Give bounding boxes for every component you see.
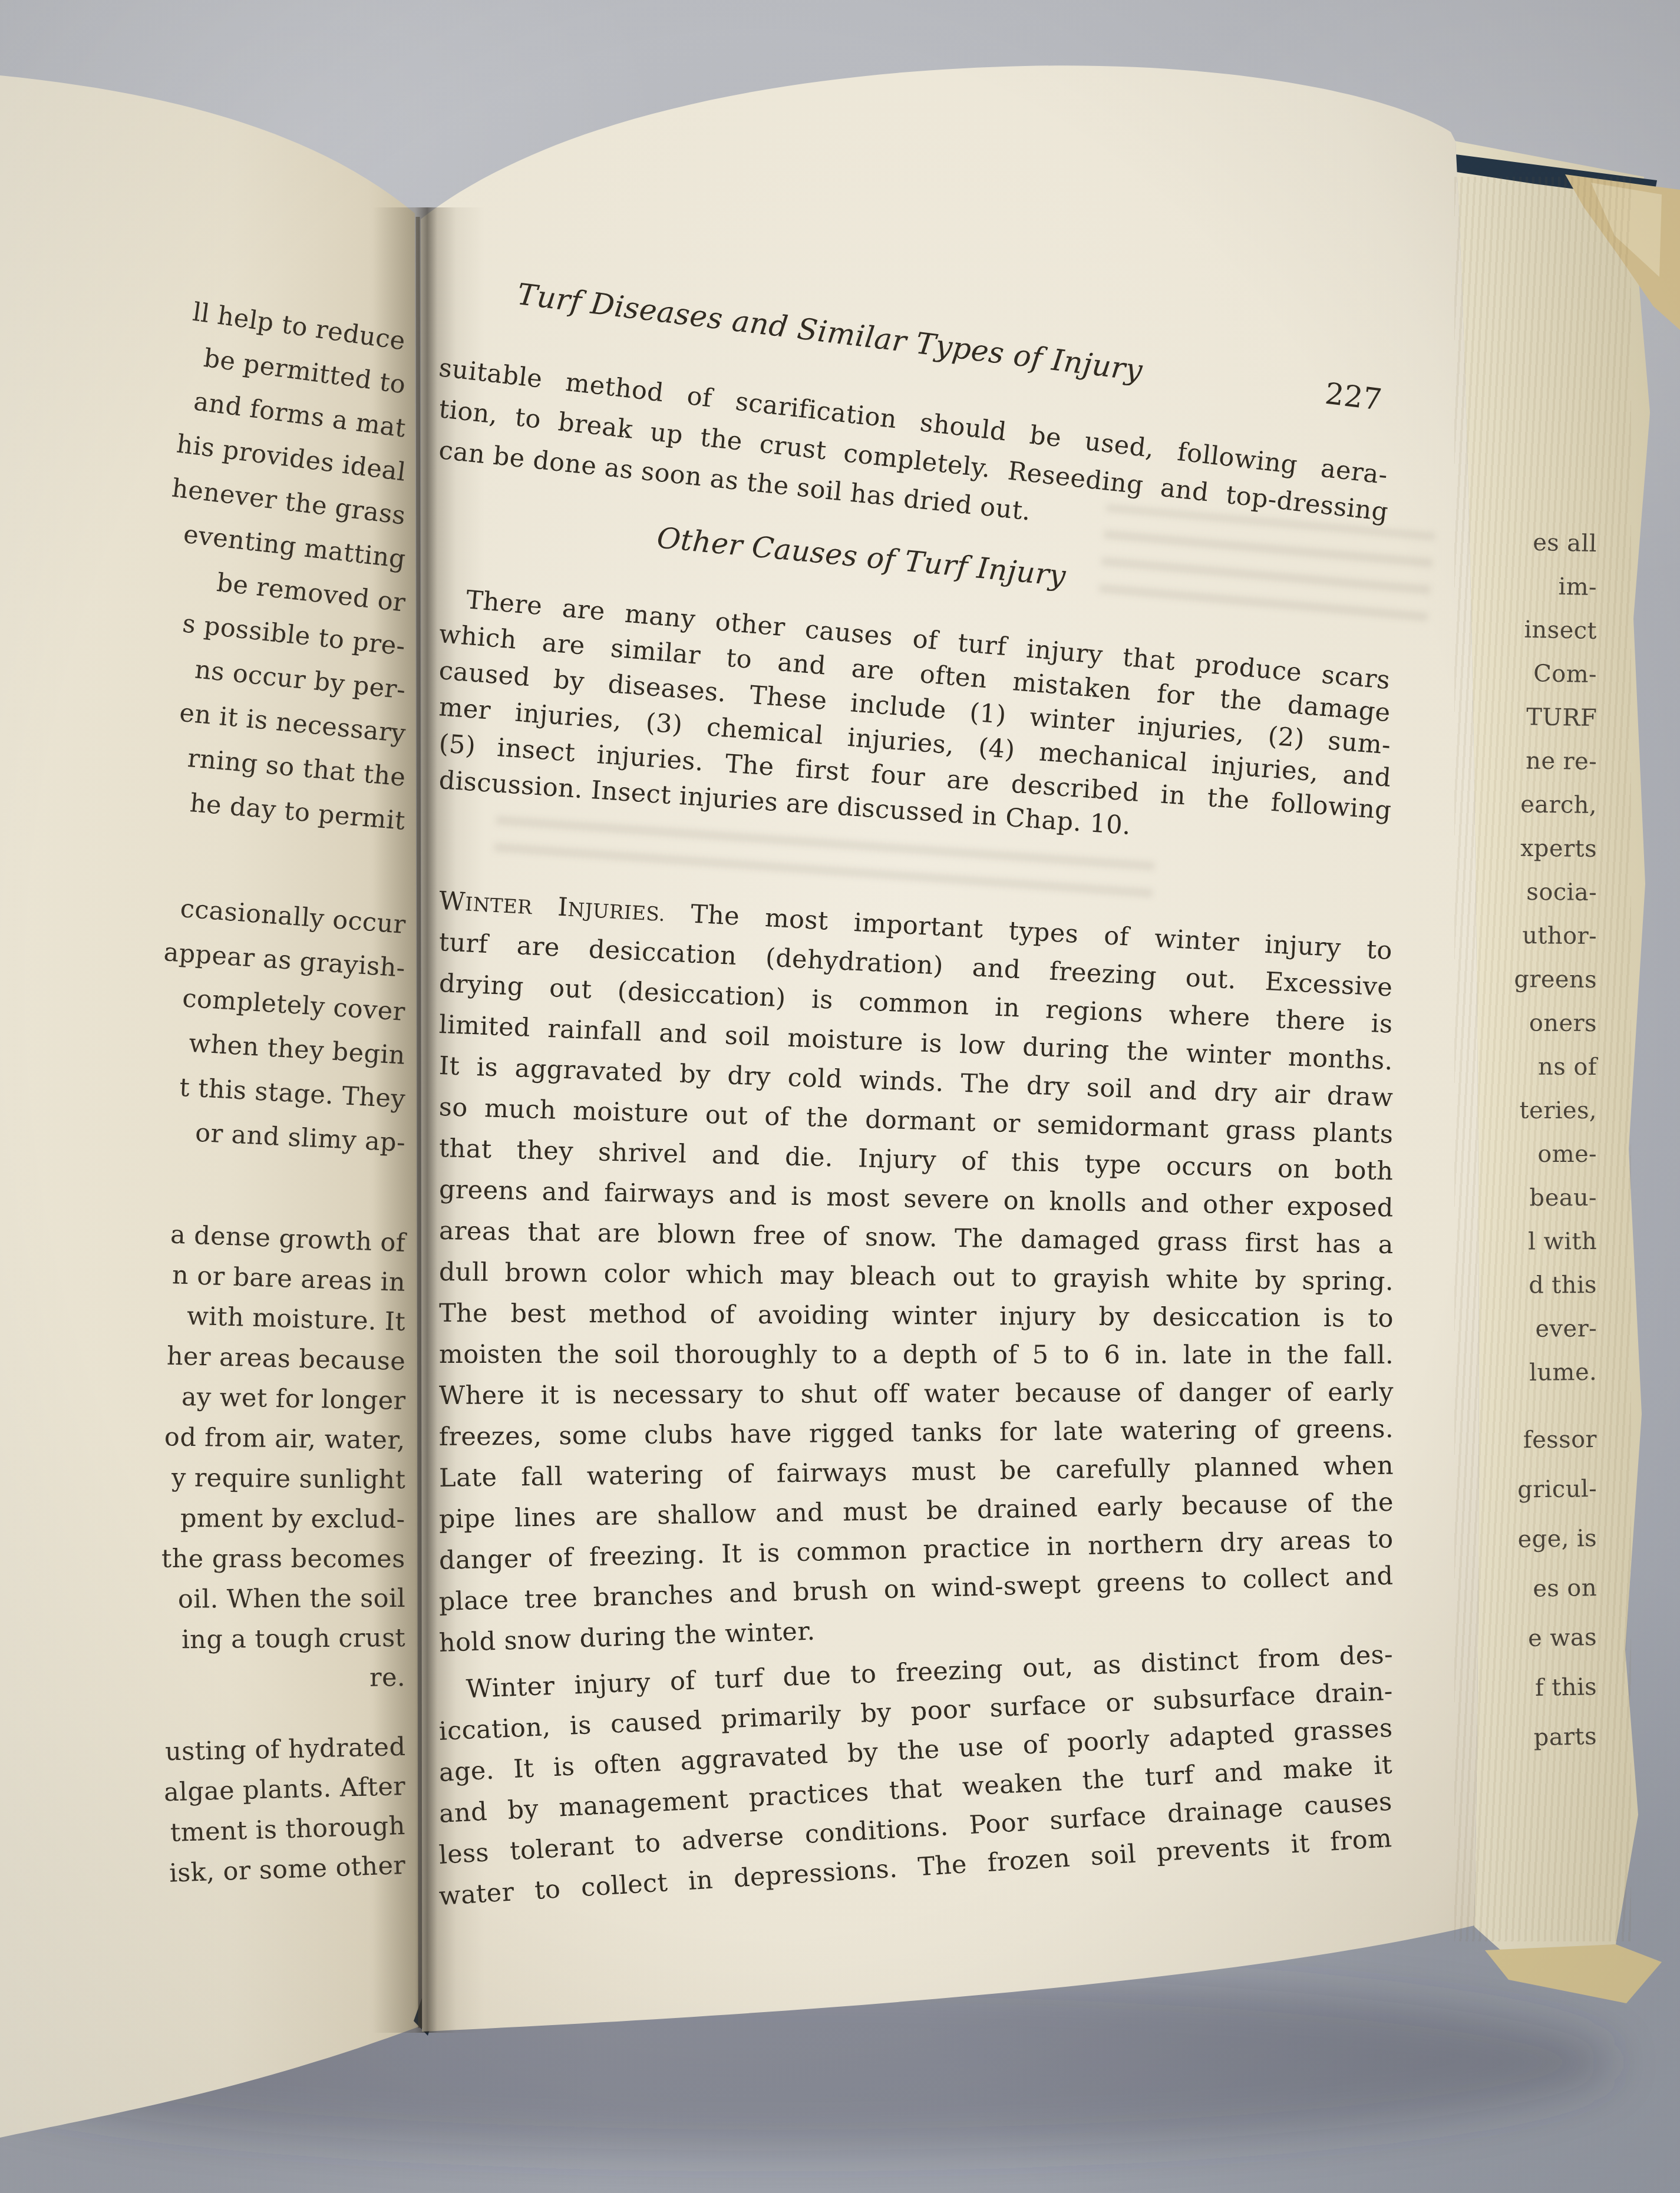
text-line: s possible to pre- [181,609,407,661]
text-line: eventing matting [181,520,407,574]
text-line: parts [1455,1723,1598,1753]
text-line: ns occur by per- [193,655,407,705]
text-line: tment is thorough [170,1811,406,1848]
text-line: re. [369,1663,406,1693]
text-line: es on [1455,1574,1598,1604]
text-line: oners [1455,1009,1597,1037]
text-line: teries, [1455,1097,1597,1124]
text-line: im- [1455,571,1598,601]
text-line: usting of hydrated [164,1732,405,1767]
text-line: pment by exclud- [180,1504,405,1534]
text-line: y require sunlight [171,1463,406,1495]
text-line: with moisture. It [186,1302,405,1337]
text-line: ns of [1455,1053,1597,1081]
text-line: f this [1455,1673,1598,1703]
page-header-title: Turf Diseases and Similar Types of Injur… [515,277,1144,388]
text-line: algae plants. After [163,1772,405,1808]
text-line: ccasionally occur [179,894,407,940]
text-line: a dense growth of [170,1220,406,1258]
text-line: lume. [1455,1359,1597,1387]
text-line: or and slimy ap- [194,1118,406,1158]
text-line: the grass becomes [161,1544,405,1574]
text-line: insect [1455,615,1598,645]
text-line: earch, [1455,790,1598,819]
text-line: fessor [1455,1426,1597,1455]
text-line: es all [1455,527,1598,557]
text-line: beau- [1455,1184,1597,1212]
text-line: he day to permit [189,788,407,836]
text-line: dull brown color which may bleach out to… [439,1258,1394,1297]
text-line: moisten the soil thoroughly to a depth o… [439,1340,1394,1370]
text-line: Where it is necessary to shut off water … [439,1378,1394,1411]
text-line: e was [1455,1624,1598,1653]
text-line: xperts [1455,834,1597,863]
text-line: t this stage. They [179,1073,406,1114]
page-number: 227 [1288,372,1384,417]
text-line: l with [1455,1228,1597,1256]
text-line: ever- [1455,1315,1597,1343]
text-line: completely cover [182,983,407,1027]
text-line: n or bare areas in [171,1260,405,1297]
text-line: The best method of avoiding winter injur… [439,1299,1394,1333]
text-line: ome- [1455,1141,1597,1168]
text-line: freezes, some clubs have rigged tanks fo… [439,1415,1394,1452]
text-line: uthor- [1455,922,1597,950]
text-line: ing a tough crust [181,1623,406,1654]
text-line: appear as grayish- [163,937,407,983]
text-line: when they begin [189,1029,407,1071]
text-line: TURF [1455,702,1598,732]
text-line: be removed or [215,568,407,618]
book-photo: Turf Diseases and Similar Types of Injur… [0,0,1680,2193]
text-line: Com- [1455,659,1598,688]
text-line: isk, or some other [169,1851,406,1888]
text-line: od from air, water, [164,1422,405,1455]
text-line: areas that are blown free of snow. The d… [439,1217,1394,1260]
text-line: greens [1455,966,1597,993]
text-line: d this [1455,1271,1597,1299]
text-line: her areas because [166,1342,405,1376]
section-heading: Other Causes of Turf Injury [655,521,1067,593]
text-line: ne re- [1455,747,1598,775]
text-line: oil. When the soil [178,1584,405,1614]
text-line: gricul- [1455,1475,1598,1504]
text-line: en it is necessary [178,698,407,749]
text-line: socia- [1455,878,1597,906]
text-line: rning so that the [186,744,407,792]
text-line: ay wet for longer [181,1382,405,1416]
text-layer: Turf Diseases and Similar Types of Injur… [0,0,1680,2193]
text-line: Late fall watering of fairways must be c… [439,1452,1394,1494]
text-line: ege, is [1455,1525,1598,1554]
